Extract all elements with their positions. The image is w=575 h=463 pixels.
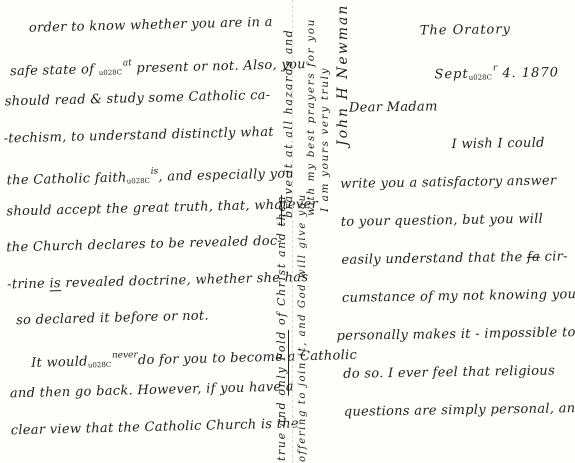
text-segment: personally makes it - impossible to [336, 325, 575, 344]
manuscript-line: order to know whether you are in a [1, 5, 282, 48]
text-segment: and then go back. However, if you have a [10, 379, 294, 401]
text-segment: do so. I ever feel that religious [343, 363, 555, 381]
manuscript-line: -trine is revealed doctrine, whether she… [7, 260, 288, 303]
text-segment: to your question, but you will [341, 212, 544, 230]
manuscript-line: should read & study some Catholic ca- [2, 78, 283, 121]
text-segment: -techism, to understand distinctly what [3, 124, 274, 146]
text-segment: 4. 1870 [497, 65, 559, 81]
manuscript-line: write you a satisfactory answer [340, 162, 573, 204]
text-segment: r [468, 63, 497, 73]
text-segment: I wish I could [451, 136, 544, 152]
letter-scan: order to know whether you are in asafe s… [0, 0, 575, 463]
text-segment: is [126, 167, 158, 178]
manuscript-line: easily understand that the fa cir- [341, 238, 574, 280]
text-segment: never [88, 350, 138, 361]
gutter-line-all-hazards: brave it at all hazards and [283, 29, 295, 218]
text-segment: is [49, 276, 61, 291]
left-page-manuscript: order to know whether you are in asafe s… [1, 5, 292, 462]
manuscript-line: questions are simply personal, and [343, 390, 575, 432]
text-segment: brave it at all hazards and [282, 29, 295, 218]
text-segment: easily understand that the [341, 250, 527, 268]
manuscript-line: The Oratory [338, 10, 571, 52]
text-segment: The Oratory [420, 22, 511, 38]
text-segment: should read & study some Catholic ca- [5, 88, 271, 109]
gutter-line-yours-truly: I am yours very truly [319, 67, 331, 212]
manuscript-line: cumstance of my not knowing you [342, 276, 575, 318]
text-segment: questions are simply personal, and [344, 401, 575, 420]
text-segment: write you a satisfactory answer [340, 173, 557, 191]
text-segment: clear view that the Catholic Church is t… [11, 416, 299, 438]
manuscript-line: personally makes it - impossible to [336, 314, 575, 356]
manuscript-line: and then go back. However, if you have a [9, 370, 290, 413]
manuscript-line: Dear Madam [339, 86, 572, 128]
text-segment: should accept the great truth, that, wha… [6, 196, 318, 219]
text-segment: so declared it before or not. [16, 308, 209, 328]
manuscript-line: Septr 4. 1870 [338, 48, 571, 90]
text-segment: only Fold [275, 330, 288, 396]
text-segment: fa [527, 250, 540, 265]
manuscript-line: the Church declares to be revealed doc- [6, 224, 287, 267]
text-segment: -trine [7, 276, 50, 292]
text-segment: offering to join it, and God will give y… [297, 193, 308, 462]
gutter-line-fold-of-christ: true and only Fold of Christ and then [276, 195, 288, 461]
text-segment: It would [31, 354, 88, 370]
text-segment: revealed doctrine, whether she has [61, 270, 309, 291]
right-page-manuscript: The OratorySeptr 4. 1870Dear MadamI wish… [338, 10, 575, 459]
gutter-line-join-it: offering to join it, and God will give y… [297, 193, 309, 462]
text-segment: the Church declares to be revealed doc- [6, 234, 282, 256]
text-segment: do for you to become a Catholic [138, 347, 358, 367]
text-segment: Dear Madam [349, 99, 438, 115]
manuscript-line: I wish I could [339, 124, 572, 166]
manuscript-line: clear view that the Catholic Church is t… [10, 406, 291, 449]
text-segment: cir- [540, 249, 568, 264]
text-segment: at [98, 58, 131, 69]
text-segment: I am yours very truly [319, 67, 331, 212]
text-segment: cumstance of my not knowing you [342, 287, 575, 306]
text-segment: with my best prayers for you [305, 18, 317, 216]
text-segment: the Catholic faith [7, 170, 127, 188]
text-segment: , and especially you [158, 166, 294, 184]
text-segment: order to know whether you are in a [29, 15, 273, 36]
gutter-line-best-prayers: with my best prayers for you [305, 18, 317, 216]
text-segment: of Christ and [275, 226, 288, 330]
text-segment: Sept [434, 67, 468, 83]
text-segment: safe state of [10, 62, 99, 79]
manuscript-line: the Catholic faithis, and especially you [4, 151, 285, 194]
manuscript-line: do so. I ever feel that religious [343, 352, 575, 394]
text-segment: true and [275, 396, 288, 461]
manuscript-line: to your question, but you will [341, 200, 574, 242]
text-segment: present or not. Also, you [132, 57, 306, 76]
